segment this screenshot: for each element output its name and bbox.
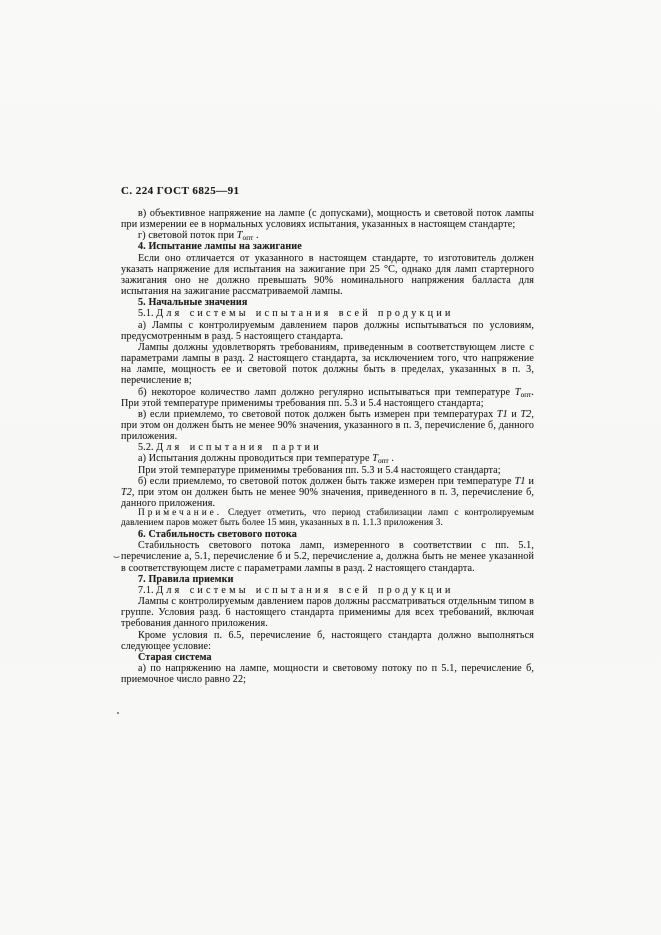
section-heading: 5. Начальные значения [121,297,534,308]
paragraph: При этой температуре применимы требовани… [121,465,534,476]
section-heading: Старая система [121,652,534,663]
paragraph: Стабильность светового потока ламп, изме… [121,540,534,573]
clause-heading: 5.1. Для системы испытания всей продукци… [121,308,534,319]
paragraph: а) Испытания должны проводиться при темп… [121,453,534,464]
ink-dot-artifact [117,712,119,714]
note-paragraph: Примечание. Следует отметить, что период… [121,509,534,529]
scanned-document-page: С. 224 ГОСТ 6825—91 в) объективное напря… [0,0,661,935]
document-body: в) объективное напряжение на лампе (с до… [121,208,534,685]
paragraph: Лампы должны удовлетворять требованиям, … [121,342,534,387]
paragraph: Кроме условия п. 6.5, перечисление б, на… [121,630,534,652]
paragraph: Если оно отличается от указанного в наст… [121,253,534,298]
clause-heading: 5.2. Для испытания партии [121,442,534,453]
section-heading: 6. Стабильность светового потока [121,529,534,540]
clause-heading: 7.1. Для системы испытания всей продукци… [121,585,534,596]
page-header: С. 224 ГОСТ 6825—91 [121,185,534,198]
margin-mark-artifact [112,550,121,558]
section-heading: 4. Испытание лампы на зажигание [121,241,534,252]
paragraph: Лампы с контролируемым давлением паров д… [121,596,534,629]
paragraph: б) если приемлемо, то световой поток дол… [121,476,534,509]
paragraph: а) по напряжению на лампе, мощности и св… [121,663,534,685]
paragraph: в) если приемлемо, то световой поток дол… [121,409,534,442]
text-block: С. 224 ГОСТ 6825—91 в) объективное напря… [121,185,534,685]
paragraph: в) объективное напряжение на лампе (с до… [121,208,534,230]
section-heading: 7. Правила приемки [121,574,534,585]
paragraph: а) Лампы с контролируемым давлением паро… [121,320,534,342]
paragraph: б) некоторое количество ламп должно регу… [121,387,534,409]
paragraph: г) световой поток при Топт . [121,230,534,241]
